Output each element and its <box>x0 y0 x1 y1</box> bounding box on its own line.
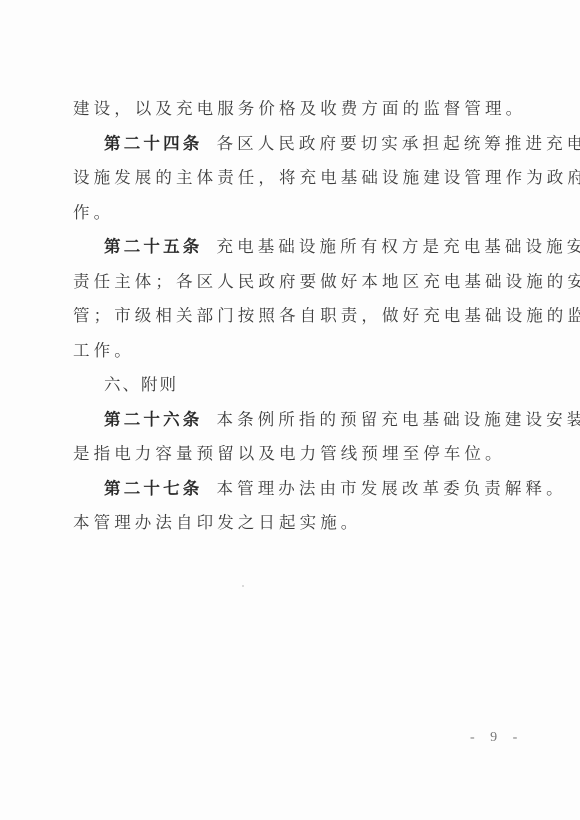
page-number: - 9 - <box>470 730 523 746</box>
article-text: 本条例所指的预留充电基础设施建设安装条件 <box>217 410 580 429</box>
article-26-line-2: 是指电力容量预留以及电力管线预埋至停车位。 <box>73 437 509 472</box>
section-heading: 六、附则 <box>73 368 509 403</box>
article-number: 第二十五条 <box>104 237 203 256</box>
article-25-line-4: 工作。 <box>73 334 509 369</box>
article-26-first-line: 第二十六条本条例所指的预留充电基础设施建设安装条件 <box>73 403 509 438</box>
scan-speck <box>242 585 244 587</box>
document-body: 建设，以及充电服务价格及收费方面的监督管理。 第二十四条各区人民政府要切实承担起… <box>73 92 509 541</box>
article-number: 第二十六条 <box>104 410 203 429</box>
article-27-line-2: 本管理办法自印发之日起实施。 <box>73 506 509 541</box>
article-text: 本管理办法由市发展改革委负责解释。 <box>217 479 567 498</box>
article-24-first-line: 第二十四条各区人民政府要切实承担起统筹推进充电基础 <box>73 127 509 162</box>
article-text: 充电基础设施所有权方是充电基础设施安全的 <box>217 237 580 256</box>
article-24-line-2: 设施发展的主体责任，将充电基础设施建设管理作为政府专项工 <box>73 161 509 196</box>
article-text: 各区人民政府要切实承担起统筹推进充电基础 <box>217 134 580 153</box>
document-page: 建设，以及充电服务价格及收费方面的监督管理。 第二十四条各区人民政府要切实承担起… <box>0 0 580 820</box>
article-number: 第二十七条 <box>104 479 203 498</box>
article-25-first-line: 第二十五条充电基础设施所有权方是充电基础设施安全的 <box>73 230 509 265</box>
article-25-line-2: 责任主体；各区人民政府要做好本地区充电基础设施的安全监 <box>73 265 509 300</box>
article-number: 第二十四条 <box>104 134 203 153</box>
article-27-first-line: 第二十七条本管理办法由市发展改革委负责解释。 <box>73 472 509 507</box>
paragraph-continuation: 建设，以及充电服务价格及收费方面的监督管理。 <box>73 92 509 127</box>
article-25-line-3: 管；市级相关部门按照各自职责，做好充电基础设施的监督管理 <box>73 299 509 334</box>
article-24-line-3: 作。 <box>73 196 509 231</box>
